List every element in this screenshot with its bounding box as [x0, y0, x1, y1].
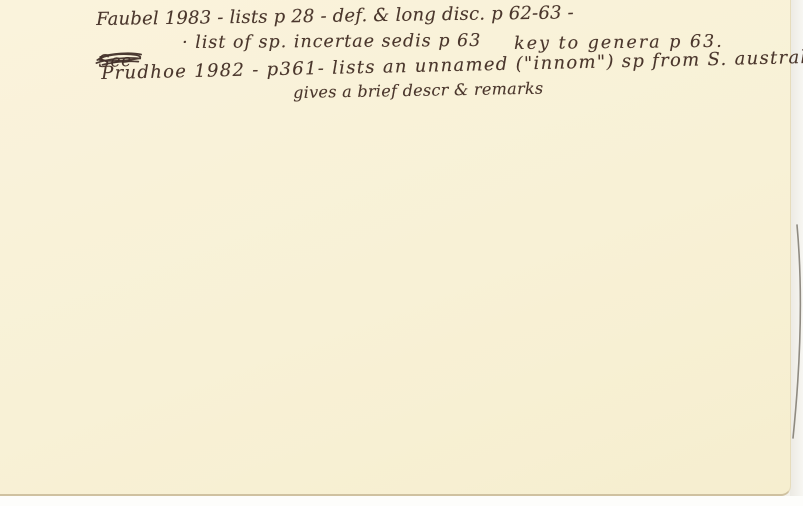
handwritten-line-brief-descr: gives a brief descr & remarks: [293, 79, 544, 102]
handwritten-line-faubel-reference: Faubel 1983 - lists p 28 - def. & long d…: [96, 2, 574, 30]
scanned-index-card-page: Faubel 1983 - lists p 28 - def. & long d…: [0, 0, 803, 506]
handwritten-line-incertae-sedis: · list of sp. incertae sedis p 63: [182, 31, 481, 53]
index-card: Faubel 1983 - lists p 28 - def. & long d…: [0, 0, 791, 496]
scan-backing-right: [790, 0, 803, 506]
scan-backing-bottom: [0, 496, 803, 506]
